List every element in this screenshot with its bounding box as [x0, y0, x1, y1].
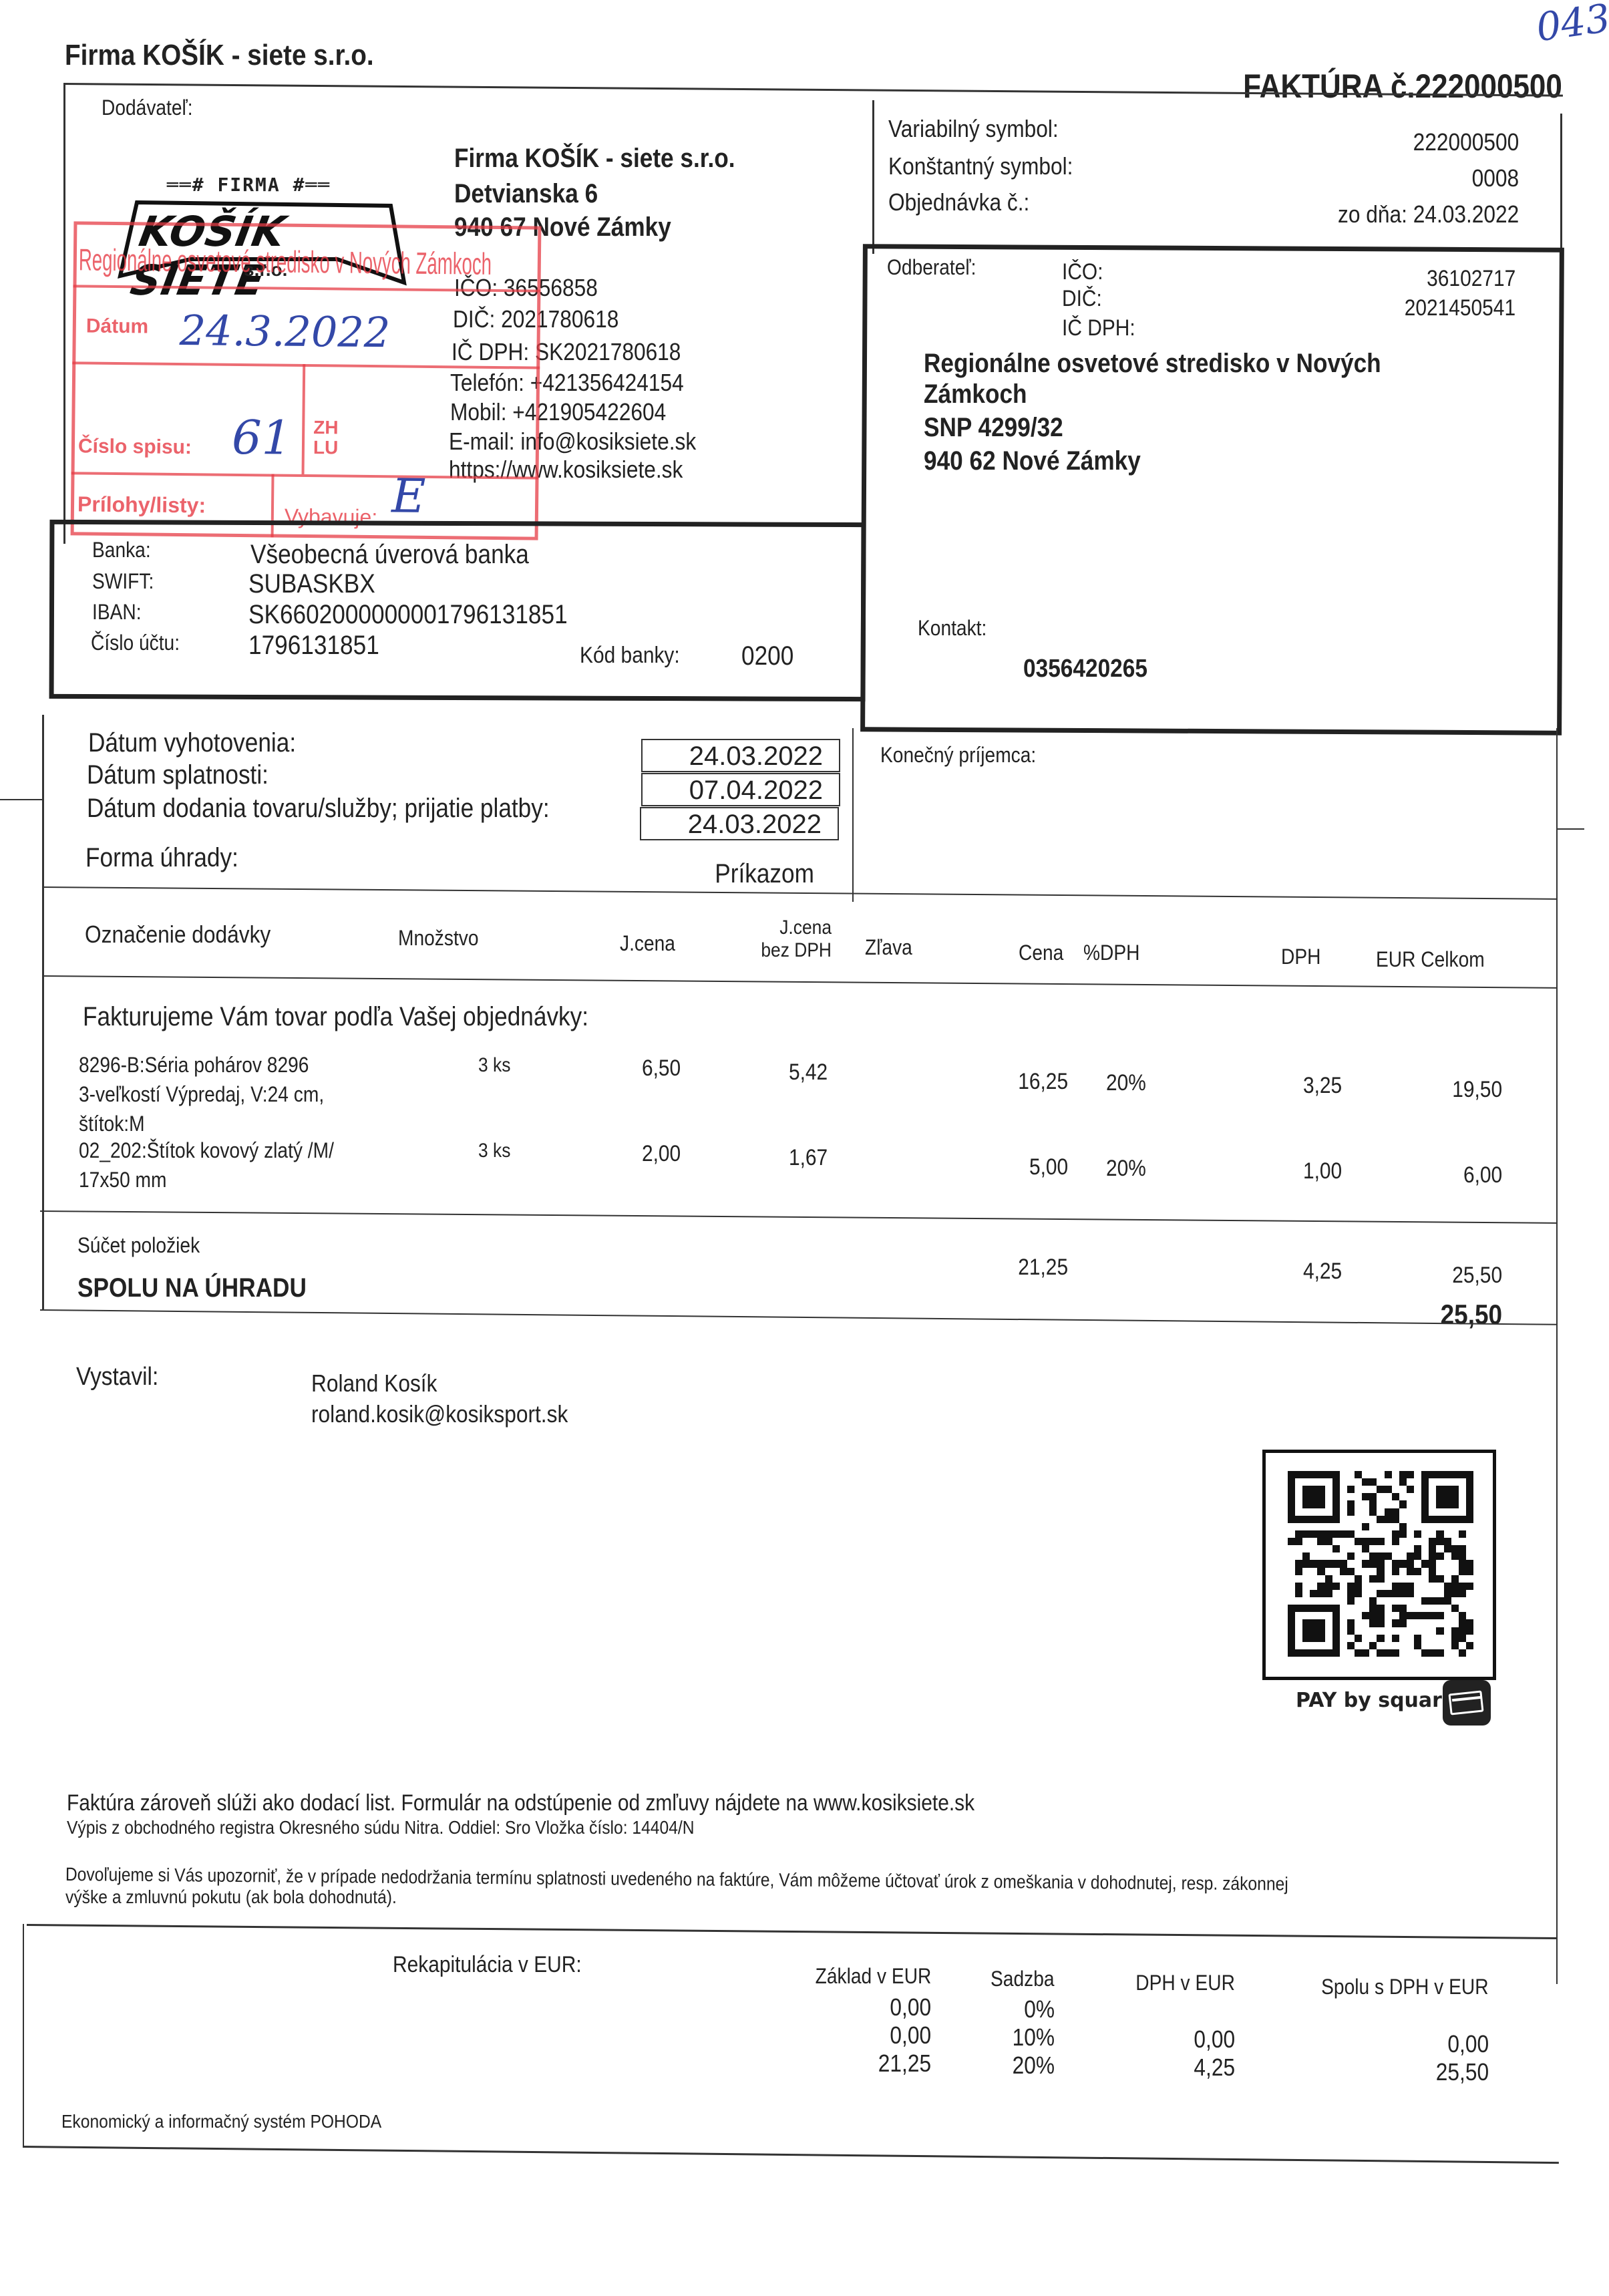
pay-by-square-caption: PAY by square	[1296, 1689, 1455, 1712]
item-price: 5,00	[1029, 1154, 1068, 1180]
customer-dic-label: DIČ:	[1062, 286, 1102, 312]
customer-ico-value: 36102717	[1427, 266, 1515, 292]
supplier-name: Firma KOŠÍK - siete s.r.o.	[454, 144, 735, 174]
supplier-street: Detvianska 6	[454, 179, 598, 209]
sum-vat: 4,25	[1303, 1259, 1342, 1285]
recap-base: 0,00	[890, 2021, 931, 2049]
items-intro: Fakturujeme Vám tovar podľa Vašej objedn…	[83, 1002, 588, 1032]
customer-street: SNP 4299/32	[924, 413, 1063, 443]
recap-base: 21,25	[878, 2049, 931, 2078]
date-issued-value: 24.03.2022	[641, 739, 840, 772]
pay-by-square-qr[interactable]: PAY by square	[1262, 1450, 1496, 1703]
customer-ico-label: IČO:	[1062, 259, 1103, 285]
recap-total: 25,50	[1436, 2058, 1489, 2086]
bank-label: Banka:	[92, 538, 151, 562]
date-due-value: 07.04.2022	[641, 773, 840, 806]
issuer-name: Roland Kosík	[311, 1369, 437, 1398]
col-vat: DPH	[1281, 945, 1320, 969]
constant-symbol-label: Konštantný symbol:	[888, 152, 1073, 180]
recap-total: 0,00	[1447, 2030, 1489, 2058]
col-vat-rate: %DPH	[1083, 941, 1139, 965]
bank-code-label: Kód banky:	[580, 643, 680, 669]
account-number-label: Číslo účtu:	[91, 631, 180, 655]
recap-vat: 4,25	[1194, 2054, 1235, 2082]
logo-top-text: ══# FIRMA #══	[167, 174, 331, 196]
sum-label: Súčet položiek	[77, 1233, 200, 1258]
stamp-date-label: Dátum	[86, 315, 149, 339]
col-discount: Zľava	[865, 935, 912, 960]
final-recipient-label: Konečný príjemca:	[880, 743, 1036, 768]
item-quantity: 3 ks	[478, 1140, 510, 1162]
item-vat: 1,00	[1303, 1158, 1342, 1184]
item-unit-price: 2,00	[642, 1141, 681, 1167]
customer-dic-value: 2021450541	[1405, 295, 1515, 321]
issuer-email[interactable]: roland.kosik@kosiksport.sk	[311, 1400, 568, 1428]
date-due-label: Dátum splatnosti:	[87, 760, 269, 790]
item-total: 19,50	[1452, 1077, 1502, 1103]
stamp-attachments-label: Prílohy/listy:	[77, 492, 206, 518]
page-mark-handwritten: 043	[1534, 0, 1609, 50]
stamp-handler-handwritten: E	[391, 468, 426, 524]
recap-title: Rekapitulácia v EUR:	[393, 1952, 582, 1978]
stamp-date-handwritten: 24.3.2022	[179, 306, 390, 357]
supplier-label: Dodávateľ:	[102, 96, 193, 120]
recap-rate: 20%	[1013, 2052, 1055, 2080]
payment-card-icon	[1443, 1680, 1491, 1726]
sum-total: 25,50	[1452, 1263, 1502, 1289]
order-number-label: Objednávka č.:	[888, 188, 1029, 216]
variable-symbol-label: Variabilný symbol:	[888, 115, 1059, 143]
variable-symbol-value: 222000500	[1413, 128, 1519, 156]
item-price: 16,25	[1018, 1069, 1068, 1095]
item-description: 8296-B:Séria pohárov 82963-veľkostí Výpr…	[79, 1050, 324, 1138]
item-unit-price-net: 1,67	[789, 1145, 828, 1171]
bank-code-value: 0200	[741, 641, 793, 671]
customer-name-line2: Zámkoch	[924, 379, 1027, 409]
pay-total-value: 25,50	[1441, 1299, 1502, 1331]
issuer-label: Vystavil:	[76, 1363, 158, 1391]
recap-col-rate: Sadzba	[991, 1967, 1055, 1991]
customer-contact-value: 0356420265	[1023, 655, 1147, 683]
item-unit-price: 6,50	[642, 1055, 681, 1082]
col-price: Cena	[1019, 941, 1063, 965]
item-quantity: 3 ks	[478, 1054, 510, 1077]
recap-rate: 10%	[1013, 2023, 1055, 2052]
stamp-file-handwritten: 61	[232, 410, 292, 466]
date-issued-label: Dátum vyhotovenia:	[88, 728, 296, 758]
company-title: Firma KOŠÍK - siete s.r.o.	[65, 39, 374, 72]
swift-value: SUBASKBX	[248, 569, 375, 599]
item-description-line: 3-veľkostí Výpredaj, V:24 cm,	[79, 1080, 324, 1109]
recap-col-base: Základ v EUR	[815, 1964, 931, 1989]
item-vat-rate: 20%	[1106, 1156, 1146, 1182]
item-unit-price-net: 5,42	[789, 1059, 828, 1086]
stamp-file-label: Číslo spisu:	[78, 435, 192, 459]
account-number-value: 1796131851	[248, 631, 379, 661]
bank-value: Všeobecná úverová banka	[250, 540, 529, 570]
item-vat: 3,25	[1303, 1073, 1342, 1099]
recap-col-vat: DPH v EUR	[1135, 1971, 1235, 1995]
recap-col-total: Spolu s DPH v EUR	[1322, 1975, 1489, 1999]
payment-method-label: Forma úhrady:	[85, 843, 238, 873]
customer-name-line1: Regionálne osvetové stredisko v Nových	[924, 349, 1381, 379]
recap-vat: 0,00	[1194, 2025, 1235, 2054]
date-delivery-value: 24.03.2022	[640, 807, 839, 840]
iban-label: IBAN:	[92, 600, 142, 625]
invoice-title: FAKTÚRA č.222000500	[1243, 67, 1562, 106]
stamp-org: Regionálne osvetové stredisko v Nových Z…	[79, 241, 492, 281]
recap-base: 0,00	[890, 1993, 931, 2021]
note-registry: Výpis z obchodného registra Okresného sú…	[67, 1817, 695, 1838]
stamp-zh-lu: ZHLU	[313, 418, 339, 458]
customer-ic-dph-label: IČ DPH:	[1062, 315, 1135, 341]
date-delivery-label: Dátum dodania tovaru/služby; prijatie pl…	[87, 794, 550, 824]
col-total: EUR Celkom	[1376, 947, 1485, 972]
sum-price: 21,25	[1018, 1255, 1068, 1281]
order-date: zo dňa: 24.03.2022	[1338, 200, 1519, 228]
pay-total-label: SPOLU NA ÚHRADU	[77, 1273, 307, 1303]
recap-rate: 0%	[1024, 1995, 1055, 2023]
qr-code-icon	[1288, 1471, 1473, 1657]
registry-stamp: Regionálne osvetové stredisko v Nových Z…	[71, 221, 542, 540]
customer-label: Odberateľ:	[887, 255, 976, 280]
item-description-line: štítok:M	[79, 1109, 324, 1138]
note-penalty: výške a zmluvnú pokutu (ak bola dohodnut…	[65, 1887, 397, 1908]
col-description: Označenie dodávky	[85, 921, 271, 949]
col-quantity: Množstvo	[398, 926, 479, 951]
item-description-line: 02_202:Štítok kovový zlatý /M/	[79, 1136, 334, 1165]
item-description-line: 17x50 mm	[79, 1165, 334, 1194]
constant-symbol-value: 0008	[1472, 164, 1519, 192]
swift-label: SWIFT:	[92, 569, 154, 594]
note-delivery-list: Faktúra zároveň slúži ako dodací list. F…	[67, 1790, 974, 1816]
col-unit-price-net: J.cenabez DPH	[746, 917, 832, 962]
iban-value: SK6602000000001796131851	[248, 600, 568, 630]
item-description: 02_202:Štítok kovový zlatý /M/17x50 mm	[79, 1136, 334, 1194]
payment-method-value: Príkazom	[715, 859, 814, 889]
customer-contact-label: Kontakt:	[918, 616, 987, 641]
footer-software: Ekonomický a informačný systém POHODA	[61, 2111, 381, 2132]
item-total: 6,00	[1463, 1162, 1502, 1188]
customer-city: 940 62 Nové Zámky	[924, 446, 1141, 476]
item-description-line: 8296-B:Séria pohárov 8296	[79, 1050, 324, 1080]
col-unit-price: J.cena	[620, 931, 675, 956]
item-vat-rate: 20%	[1106, 1070, 1146, 1096]
